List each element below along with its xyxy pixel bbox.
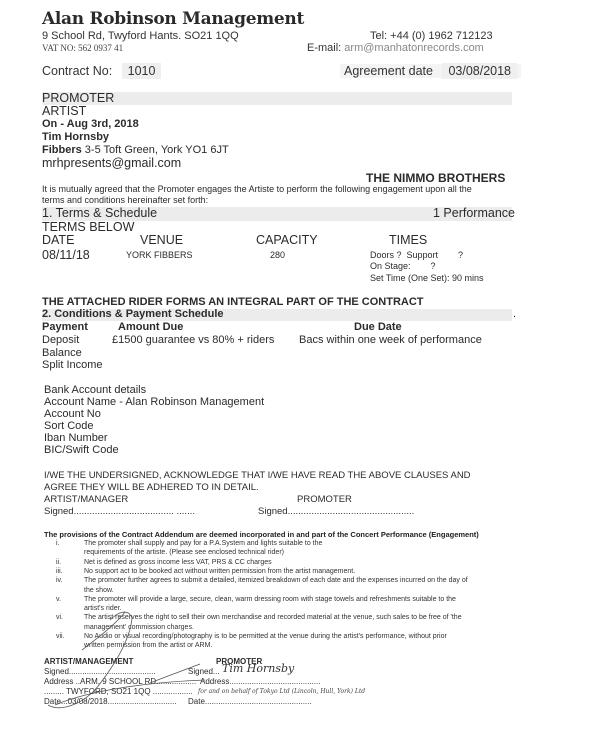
payment-split-income: Split Income xyxy=(42,359,103,371)
col-venue: VENUE xyxy=(140,233,183,247)
row-capacity: 280 xyxy=(270,250,285,260)
ack-line-1: I/WE THE UNDERSIGNED, ACKNOWLEDGE THAT I… xyxy=(44,470,471,481)
sig-artist-address-2[interactable]: ......... TWYFORD, SO21 1QQ ............… xyxy=(44,687,193,696)
artist-label: ARTIST xyxy=(42,104,86,118)
company-address: 9 School Rd, Twyford Hants. SO21 1QQ xyxy=(42,30,239,42)
payment-deposit-due: Bacs within one week of performance xyxy=(299,334,482,346)
section2-title: 2. Conditions & Payment Schedule xyxy=(42,308,224,320)
rider-notice: THE ATTACHED RIDER FORMS AN INTEGRAL PAR… xyxy=(42,296,424,308)
bank-title: Bank Account details xyxy=(44,384,146,396)
ack-promoter-label: PROMOTER xyxy=(297,494,352,505)
col-payment: Payment xyxy=(42,321,88,333)
promoter-label: PROMOTER xyxy=(42,91,114,105)
terms-below: TERMS BELOW xyxy=(42,220,134,234)
telephone: Tel: +44 (0) 1962 712123 xyxy=(370,30,493,42)
payment-deposit: Deposit xyxy=(42,334,79,346)
provision-text: No support act to be booked act without … xyxy=(84,568,355,575)
bank-sort-code: Sort Code xyxy=(44,420,94,432)
promoter-name: Tim Hornsby xyxy=(42,131,109,143)
provision-number: i. xyxy=(56,540,60,547)
promoter-signature: Tim Hornsby xyxy=(222,662,294,675)
col-amount: Amount Due xyxy=(118,321,183,333)
col-due-date: Due Date xyxy=(354,321,402,333)
section2-dot: . xyxy=(513,308,516,320)
provision-text: the show. xyxy=(84,587,114,594)
agreement-date-value: 03/08/2018 xyxy=(442,63,517,79)
vat-number: VAT NO: 562 0937 41 xyxy=(42,43,123,53)
sig-promoter-signed[interactable]: Signed... xyxy=(188,667,220,676)
provision-text: management' commission charges. xyxy=(84,624,194,631)
ack-artist-label: ARTIST/MANAGER xyxy=(44,494,128,505)
provision-text: requirements of the artiste. (Please see… xyxy=(84,549,284,556)
provision-text: artist's rider. xyxy=(84,605,122,612)
bank-iban: Iban Number xyxy=(44,432,108,444)
provision-text: Net is defined as gross income less VAT,… xyxy=(84,559,272,566)
agreement-date-label: Agreement date xyxy=(344,64,433,78)
venue-name: Fibbers xyxy=(42,144,82,156)
provision-number: v. xyxy=(56,596,61,603)
agreement-date: Agreement date 03/08/2018 xyxy=(340,64,521,78)
ack-line-2: AGREE THEY WILL BE ADHERED TO IN DETAIL. xyxy=(44,482,259,493)
row-venue: YORK FIBBERS xyxy=(126,250,193,260)
agreement-text-1: It is mutually agreed that the Promoter … xyxy=(42,184,472,194)
venue-address-line: Fibbers 3-5 Toft Green, York YO1 6JT xyxy=(42,144,229,156)
sig-artist-label: ARTIST/MANAGEMENT xyxy=(44,657,133,666)
section1-performance-count: 1 Performance xyxy=(433,206,515,220)
sig-promoter-date[interactable]: Date....................................… xyxy=(188,697,312,706)
promoter-email: mrhpresents@gmail.com xyxy=(42,156,181,170)
provision-text: The promoter will provide a large, secur… xyxy=(84,596,456,603)
sig-promoter-address[interactable]: Address.................................… xyxy=(200,677,320,686)
row-times-doors: Doors ? Support ? xyxy=(370,250,463,260)
engagement-date: On - Aug 3rd, 2018 xyxy=(42,118,139,130)
ack-signed-left[interactable]: Signed..................................… xyxy=(44,506,195,517)
col-date: DATE xyxy=(42,233,74,247)
col-times: TIMES xyxy=(389,233,427,247)
provision-number: vi. xyxy=(56,614,63,621)
venue-address: 3-5 Toft Green, York YO1 6JT xyxy=(82,144,229,156)
provision-number: iii. xyxy=(56,568,63,575)
sig-artist-date[interactable]: Date...03/08/2018.......................… xyxy=(44,697,177,706)
section1-title: 1. Terms & Schedule xyxy=(42,206,157,220)
bank-bic: BIC/Swift Code xyxy=(44,444,119,456)
provision-number: vii. xyxy=(56,633,65,640)
company-name: Alan Robinson Management xyxy=(42,9,304,29)
bank-account-no: Account No xyxy=(44,408,101,420)
sig-promoter-address-2[interactable]: for and on behalf of Tokyo Ltd (Lincoln,… xyxy=(198,688,365,695)
contract-number-label: Contract No: xyxy=(42,64,112,78)
provision-text: written permission from the artist or AR… xyxy=(84,642,212,649)
email-label: E-mail: xyxy=(307,42,341,54)
payment-deposit-amount: £1500 guarantee vs 80% + riders xyxy=(112,334,274,346)
sig-artist-address[interactable]: Address ..ARM, 9 SCHOOL RD..............… xyxy=(44,677,196,686)
provision-text: No Audio or visual recording/photography… xyxy=(84,633,447,640)
col-capacity: CAPACITY xyxy=(256,233,318,247)
provision-number: ii. xyxy=(56,559,61,566)
artist-name: THE NIMMO BROTHERS xyxy=(366,171,505,185)
sig-artist-signed[interactable]: Signed..................................… xyxy=(44,667,156,676)
ack-signed-right[interactable]: Signed..................................… xyxy=(258,506,414,517)
email-link[interactable]: arm@manhatonrecords.com xyxy=(344,42,484,54)
provisions-title: The provisions of the Contract Addendum … xyxy=(44,530,479,539)
row-times-onstage: On Stage: ? xyxy=(370,261,436,271)
provision-text: The promoter shall supply and pay for a … xyxy=(84,540,322,547)
row-times-settime: Set Time (One Set): 90 mins xyxy=(370,273,484,283)
provision-text: The artist reserves the right to sell th… xyxy=(84,614,462,621)
provision-text: The promoter further agrees to submit a … xyxy=(84,577,468,584)
row-date: 08/11/18 xyxy=(42,248,90,262)
bank-account-name: Account Name - Alan Robinson Management xyxy=(44,396,264,408)
contract-number-value: 1010 xyxy=(122,63,162,79)
agreement-text-2: terms and conditions hereinafter set for… xyxy=(42,195,208,205)
provision-number: iv. xyxy=(56,577,62,584)
contract-number: Contract No: 1010 xyxy=(42,64,161,78)
payment-balance: Balance xyxy=(42,347,82,359)
email-line: E-mail: arm@manhatonrecords.com xyxy=(307,42,484,54)
